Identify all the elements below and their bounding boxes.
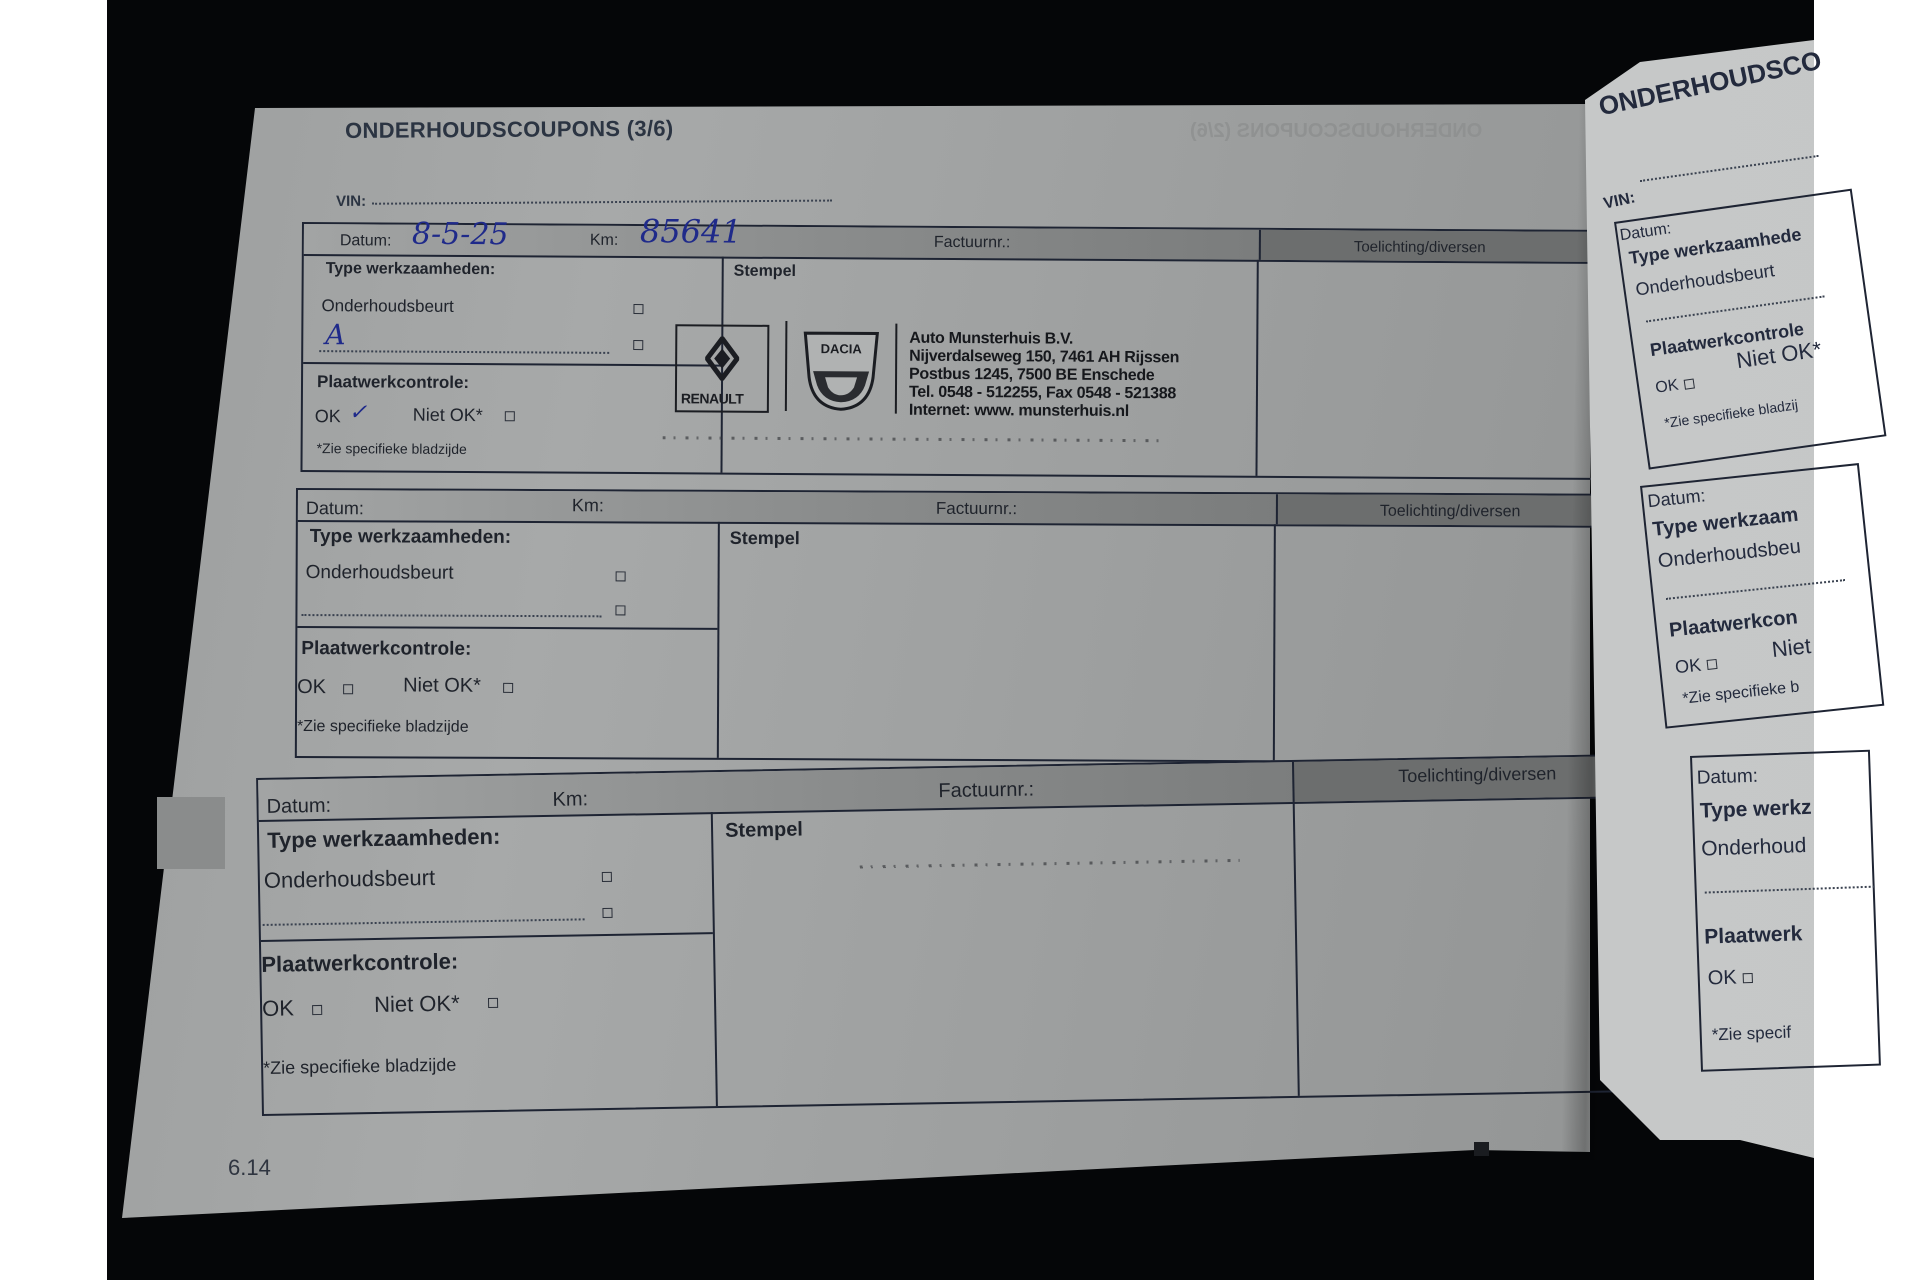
datum-label: Datum: xyxy=(1647,485,1707,512)
footnote: *Zie specifieke bladzijde xyxy=(317,440,467,457)
type-werkzaamheden-label: Type werkzaamheden: xyxy=(267,824,501,854)
onderhoudsbeurt-label: Onderhoudsbeu xyxy=(1657,536,1802,574)
footnote: *Zie specifieke bladzijde xyxy=(263,1055,456,1079)
niet-ok-label: Niet OK* xyxy=(413,405,483,426)
plaatwerkcontrole-label: Plaatwerkcontrole: xyxy=(317,372,469,393)
footnote: *Zie specifieke bladzijde xyxy=(297,718,469,737)
stempel-label: Stempel xyxy=(734,263,796,281)
km-label: Km: xyxy=(552,788,588,812)
renault-diamond-icon xyxy=(705,336,739,380)
footnote: *Zie specif xyxy=(1711,1023,1791,1046)
datum-label: Datum: xyxy=(266,795,331,819)
ok-label: OK xyxy=(1654,374,1695,397)
niet-ok-checkbox[interactable] xyxy=(503,683,513,693)
toelichting-label: Toelichting/diversen xyxy=(1398,763,1556,787)
dealer-phone-fax: Tel. 0548 - 512255, Fax 0548 - 521388 xyxy=(909,384,1179,404)
coupon-1: Datum: 8-5-25 Km: 85641 Factuurnr.: Toel… xyxy=(300,222,1620,480)
footnote: *Zie specifieke bladzij xyxy=(1663,396,1799,431)
onderhoudsbeurt-label: Onderhoudsbeurt xyxy=(321,296,453,317)
ok-checkbox[interactable] xyxy=(1707,659,1718,670)
other-work-dotted-line xyxy=(263,916,585,926)
divider xyxy=(711,812,718,1106)
ok-checkbox[interactable] xyxy=(1684,378,1695,389)
right-coupon-3: Datum: Type werkz Onderhoud Plaatwerk OK… xyxy=(1690,750,1881,1072)
factuurnr-label: Factuurnr.: xyxy=(938,778,1034,803)
stempel-label: Stempel xyxy=(730,528,800,549)
dealer-website: Internet: www. munsterhuis.nl xyxy=(909,402,1179,422)
footnote: *Zie specifieke b xyxy=(1682,678,1801,708)
page-title: ONDERHOUDSCOUPONS (3/6) xyxy=(345,116,674,144)
niet-ok-label: Niet xyxy=(1771,633,1813,663)
toelichting-label: Toelichting/diversen xyxy=(1380,503,1521,522)
type-werkzaamheden-label: Type werkzaamheden: xyxy=(310,526,511,549)
dealer-street: Nijverdalseweg 150, 7461 AH Rijssen xyxy=(909,348,1179,368)
stamp-separator xyxy=(785,321,788,411)
km-label: Km: xyxy=(572,495,604,516)
divider xyxy=(297,626,717,630)
divider xyxy=(717,522,720,758)
ok-label: OK xyxy=(1674,653,1718,678)
svg-text:DACIA: DACIA xyxy=(821,341,863,356)
other-work-checkbox[interactable] xyxy=(602,908,612,918)
print-mark xyxy=(1474,1142,1489,1156)
right-coupon-2: Datum: Type werkzaam Onderhoudsbeu Plaat… xyxy=(1640,463,1884,729)
right-coupon-1: Datum: Type werkzaamhede Onderhoudsbeurt… xyxy=(1614,189,1886,470)
other-work-checkbox[interactable] xyxy=(615,605,625,615)
vin-label: VIN: xyxy=(336,193,366,210)
ok-label: OK xyxy=(315,406,341,427)
onderhoudsbeurt-checkbox[interactable] xyxy=(616,571,626,581)
niet-ok-label: Niet OK* xyxy=(403,674,481,697)
datum-label: Datum: xyxy=(1696,766,1758,790)
ok-text: OK xyxy=(1674,655,1702,678)
other-work-dotted-line xyxy=(319,348,609,354)
type-werkzaamheden-label: Type werkzaamheden: xyxy=(326,260,496,279)
plaatwerkcontrole-label: Plaatwerkcontrole: xyxy=(261,949,458,978)
gray-tab-marker xyxy=(157,797,225,869)
renault-wordmark: RENAULT xyxy=(681,390,743,406)
coupon-2: Datum: Km: Factuurnr.: Toelichting/diver… xyxy=(295,488,1634,764)
ok-label: OK xyxy=(1707,966,1753,991)
dealer-postbus: Postbus 1245, 7500 BE Enschede xyxy=(909,366,1179,386)
stempel-label: Stempel xyxy=(725,819,803,843)
other-work-dotted-line xyxy=(301,612,601,617)
renault-logo: RENAULT xyxy=(675,324,770,413)
plaatwerkcontrole-label: Plaatwerk xyxy=(1704,922,1803,949)
ok-label: OK xyxy=(297,676,326,699)
stamp-separator xyxy=(895,324,898,414)
onderhoudsbeurt-text: Onderhoudsbeurt xyxy=(321,296,453,316)
divider xyxy=(1293,802,1300,1096)
divider xyxy=(1273,524,1276,760)
onderhoudsbeurt-label: Onderhoudsbeurt xyxy=(264,865,436,894)
ok-label: OK xyxy=(262,995,294,1022)
dotted-line xyxy=(1666,579,1845,600)
dotted-line xyxy=(1705,886,1875,894)
ok-text: OK xyxy=(1707,967,1737,990)
bleed-through-title: ONDERHOUDSCOUPONS (2/6) xyxy=(1190,120,1482,143)
dacia-shield-icon: DACIA xyxy=(799,327,884,414)
km-handwritten: 85641 xyxy=(640,212,742,251)
niet-ok-checkbox[interactable] xyxy=(505,411,515,421)
factuurnr-label: Factuurnr.: xyxy=(934,234,1011,252)
factuurnr-label: Factuurnr.: xyxy=(936,499,1017,519)
niet-ok-checkbox[interactable] xyxy=(488,998,498,1008)
ok-check-mark: ✓ xyxy=(349,400,368,425)
km-label: Km: xyxy=(590,232,619,250)
datum-label: Datum: xyxy=(306,498,364,519)
ok-text: OK xyxy=(1654,377,1679,397)
onderhoudsbeurt-checkbox[interactable] xyxy=(602,872,612,882)
onderhoudsbeurt-label: Onderhoudsbeurt xyxy=(1634,260,1776,300)
type-werkzaamheden-label: Type werkz xyxy=(1700,796,1812,824)
ok-checkbox[interactable] xyxy=(1743,973,1753,983)
toelichting-label: Toelichting/diversen xyxy=(1354,238,1486,256)
niet-ok-label: Niet OK* xyxy=(374,991,460,1018)
plaatwerkcontrole-label: Plaatwerkcontrole: xyxy=(301,638,471,661)
dealer-address: Auto Munsterhuis B.V. Nijverdalseweg 150… xyxy=(909,330,1179,422)
divider xyxy=(261,932,713,942)
datum-label: Datum: xyxy=(340,232,392,250)
coupon-3: Datum: Km: Factuurnr.: Toelichting/diver… xyxy=(256,753,1710,1116)
dealer-name: Auto Munsterhuis B.V. xyxy=(909,330,1179,350)
datum-label: Datum: xyxy=(1619,220,1673,245)
datum-handwritten: 8-5-25 xyxy=(412,217,509,253)
vin-dotted-line xyxy=(372,196,832,205)
other-work-handwritten: A xyxy=(325,318,345,351)
ok-checkbox[interactable] xyxy=(312,1005,322,1015)
ok-checkbox[interactable] xyxy=(343,684,353,694)
onderhoudsbeurt-checkbox[interactable] xyxy=(633,304,643,314)
divider xyxy=(303,362,721,367)
dacia-logo: DACIA xyxy=(799,327,884,414)
onderhoudsbeurt-label: Onderhoudsbeurt xyxy=(306,562,454,585)
stamp-ink-speckle xyxy=(663,436,1163,442)
page-number: 6.14 xyxy=(228,1155,271,1181)
divider xyxy=(1255,260,1258,476)
other-work-checkbox[interactable] xyxy=(633,340,643,350)
ink-speckle xyxy=(860,859,1240,869)
onderhoudsbeurt-label: Onderhoud xyxy=(1701,834,1807,862)
vin-field: VIN: xyxy=(336,190,832,210)
